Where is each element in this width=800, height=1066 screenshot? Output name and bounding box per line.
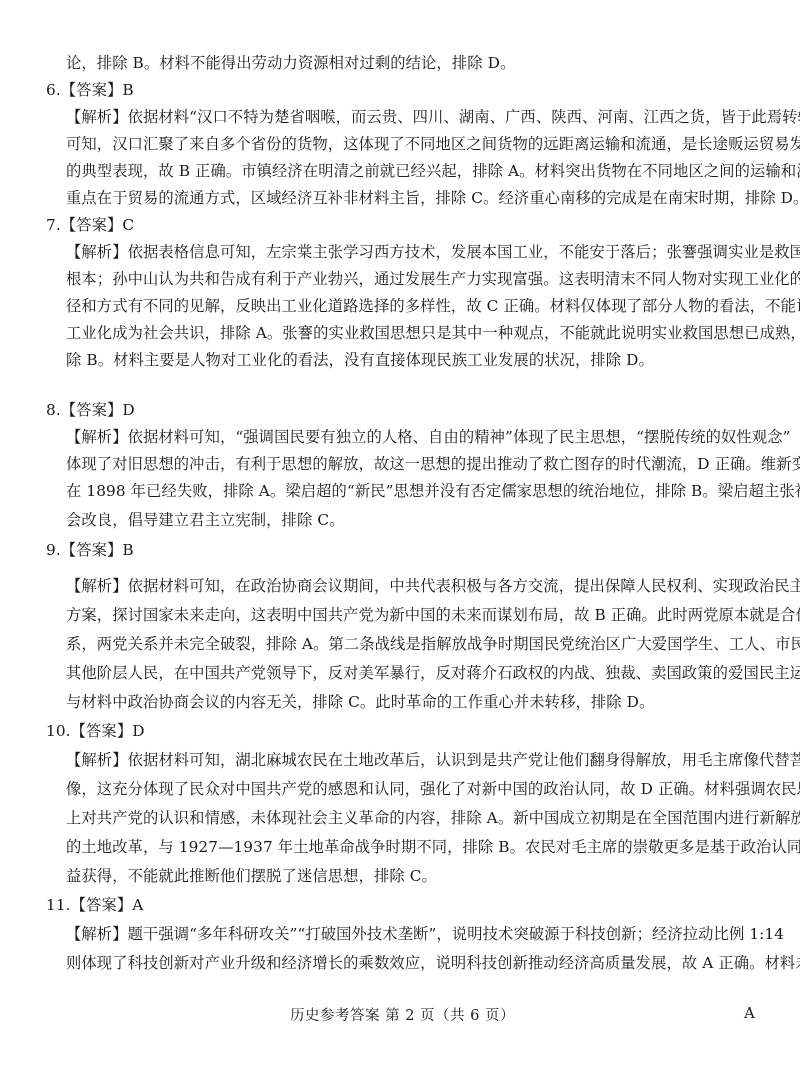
answer-heading-q6: 6.【答案】B [46, 80, 736, 100]
text-line: 径和方式有不同的见解，反映出工业化道路选择的多样性，故 C 正确。材料仅体现了部… [66, 296, 756, 316]
answer-heading-q10: 10.【答案】D [46, 721, 736, 741]
text-line: 的典型表现，故 B 正确。市镇经济在明清之前就已经兴起，排除 A。材料突出货物在… [66, 161, 756, 181]
text-line: 像，这充分体现了民众对中国共产党的感恩和认同，强化了对新中国的政治认同，故 D … [66, 779, 756, 799]
text-line: 根本；孙中山认为共和告成有利于产业勃兴，通过发展生产力实现富强。这表明清末不同人… [66, 269, 756, 289]
text-line: 重点在于贸易的流通方式，区域经济互补非材料主旨，排除 C。经济重心南移的完成是在… [66, 188, 756, 208]
text-line: 其他阶层人民，在中国共产党领导下，反对美军暴行，反对蒋介石政权的内战、独裁、卖国… [66, 663, 756, 683]
analysis-line: 【解析】依据材料可知，湖北麻城农民在土地改革后，认识到是共产党让他们翻身得解放，… [66, 750, 756, 770]
answer-heading-q7: 7.【答案】C [46, 215, 736, 235]
text-line: 可知，汉口汇聚了来自多个省份的货物，这体现了不同地区之间货物的远距离运输和流通，… [66, 134, 756, 154]
text-line: 除 B。材料主要是人物对工业化的看法，没有直接体现民族工业发展的状况，排除 D。 [66, 350, 756, 370]
text-line: 在 1898 年已经失败，排除 A。梁启超的“新民”思想并没有否定儒家思想的统治… [66, 481, 756, 501]
document-page: 论，排除 B。材料不能得出劳动力资源相对过剩的结论，排除 D。 6.【答案】B … [0, 0, 800, 1066]
analysis-line: 【解析】依据材料可知，“强调国民要有独立的人格、自由的精神”体现了民主思想，“摆… [66, 427, 756, 447]
text-line: 会改良，倡导建立君主立宪制，排除 C。 [66, 510, 756, 530]
version-mark: A [744, 1004, 755, 1022]
text-line: 方案，探讨国家未来走向，这表明中国共产党为新中国的未来而谋划布局，故 B 正确。… [66, 605, 756, 625]
analysis-line: 【解析】依据材料可知，在政治协商会议期间，中共代表积极与各方交流，提出保障人民权… [66, 576, 756, 596]
answer-heading-q11: 11.【答案】A [46, 895, 736, 915]
text-line: 系，两党关系并未完全破裂，排除 A。第二条战线是指解放战争时期国民党统治区广大爱… [66, 634, 756, 654]
page-footer: 历史参考答案 第 2 页（共 6 页） [290, 1004, 515, 1025]
text-line: 体现了对旧思想的冲击，有利于思想的解放，故这一思想的提出推动了救亡图存的时代潮流… [66, 454, 756, 474]
analysis-line: 【解析】依据表格信息可知，左宗棠主张学习西方技术，发展本国工业，不能安于落后；张… [66, 242, 756, 262]
text-line: 工业化成为社会共识，排除 A。张謇的实业救国思想只是其中一种观点，不能就此说明实… [66, 323, 756, 343]
text-line: 益获得，不能就此推断他们摆脱了迷信思想，排除 C。 [66, 866, 756, 886]
text-line: 的土地改革，与 1927—1937 年土地革命战争时期不同，排除 B。农民对毛主… [66, 837, 756, 857]
text-line: 上对共产党的认识和情感，未体现社会主义革命的内容，排除 A。新中国成立初期是在全… [66, 808, 756, 828]
text-line: 论，排除 B。材料不能得出劳动力资源相对过剩的结论，排除 D。 [66, 53, 756, 73]
analysis-line: 【解析】依据材料“汉口不特为楚省咽喉，而云贵、四川、湖南、广西、陕西、河南、江西… [66, 107, 756, 127]
answer-heading-q9: 9.【答案】B [46, 540, 736, 560]
text-line: 则体现了科技创新对产业升级和经济增长的乘数效应，说明科技创新推动经济高质量发展，… [66, 953, 756, 973]
analysis-line: 【解析】题干强调“多年科研攻关”“打破国外技术垄断”，说明技术突破源于科技创新；… [66, 924, 756, 944]
text-line: 与材料中政治协商会议的内容无关，排除 C。此时革命的工作重心并未转移，排除 D。 [66, 692, 756, 712]
answer-heading-q8: 8.【答案】D [46, 400, 736, 420]
